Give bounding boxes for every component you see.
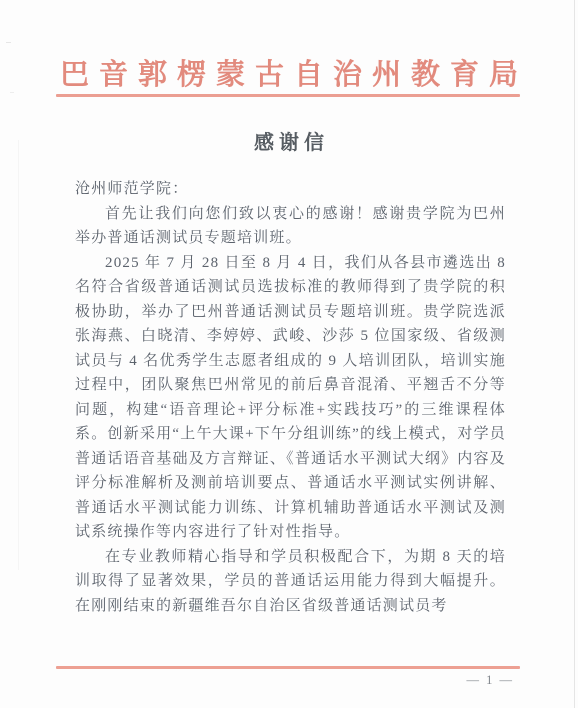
letterhead-rule <box>56 94 520 97</box>
scan-edge-right <box>574 0 575 708</box>
scanned-letter-page: 巴音郭楞蒙古自治州教育局 感谢信 沧州师范学院： 首先让我们向您们致以衷心的感谢… <box>0 0 578 708</box>
paragraph-training-details: 2025 年 7 月 28 日至 8 月 4 日，我们从各县市遴选出 8 名符合… <box>75 251 506 545</box>
letter-body: 沧州师范学院： 首先让我们向您们致以衷心的感谢！感谢贵学院为巴州举办普通话测试员… <box>75 177 506 618</box>
paragraph-thanks: 首先让我们向您们致以衷心的感谢！感谢贵学院为巴州举办普通话测试员专题培训班。 <box>75 202 506 251</box>
paragraph-results: 在专业教师精心指导和学员积极配合下，为期 8 天的培训取得了显著效果，学员的普通… <box>75 545 506 619</box>
footer-rule <box>56 666 520 669</box>
salutation: 沧州师范学院： <box>75 177 506 202</box>
letterhead-org-name: 巴音郭楞蒙古自治州教育局 <box>0 52 578 93</box>
letter-title: 感谢信 <box>0 126 578 155</box>
scan-edge-left <box>18 140 19 570</box>
scan-speck <box>6 42 11 43</box>
page-number: — 1 — <box>467 673 515 688</box>
